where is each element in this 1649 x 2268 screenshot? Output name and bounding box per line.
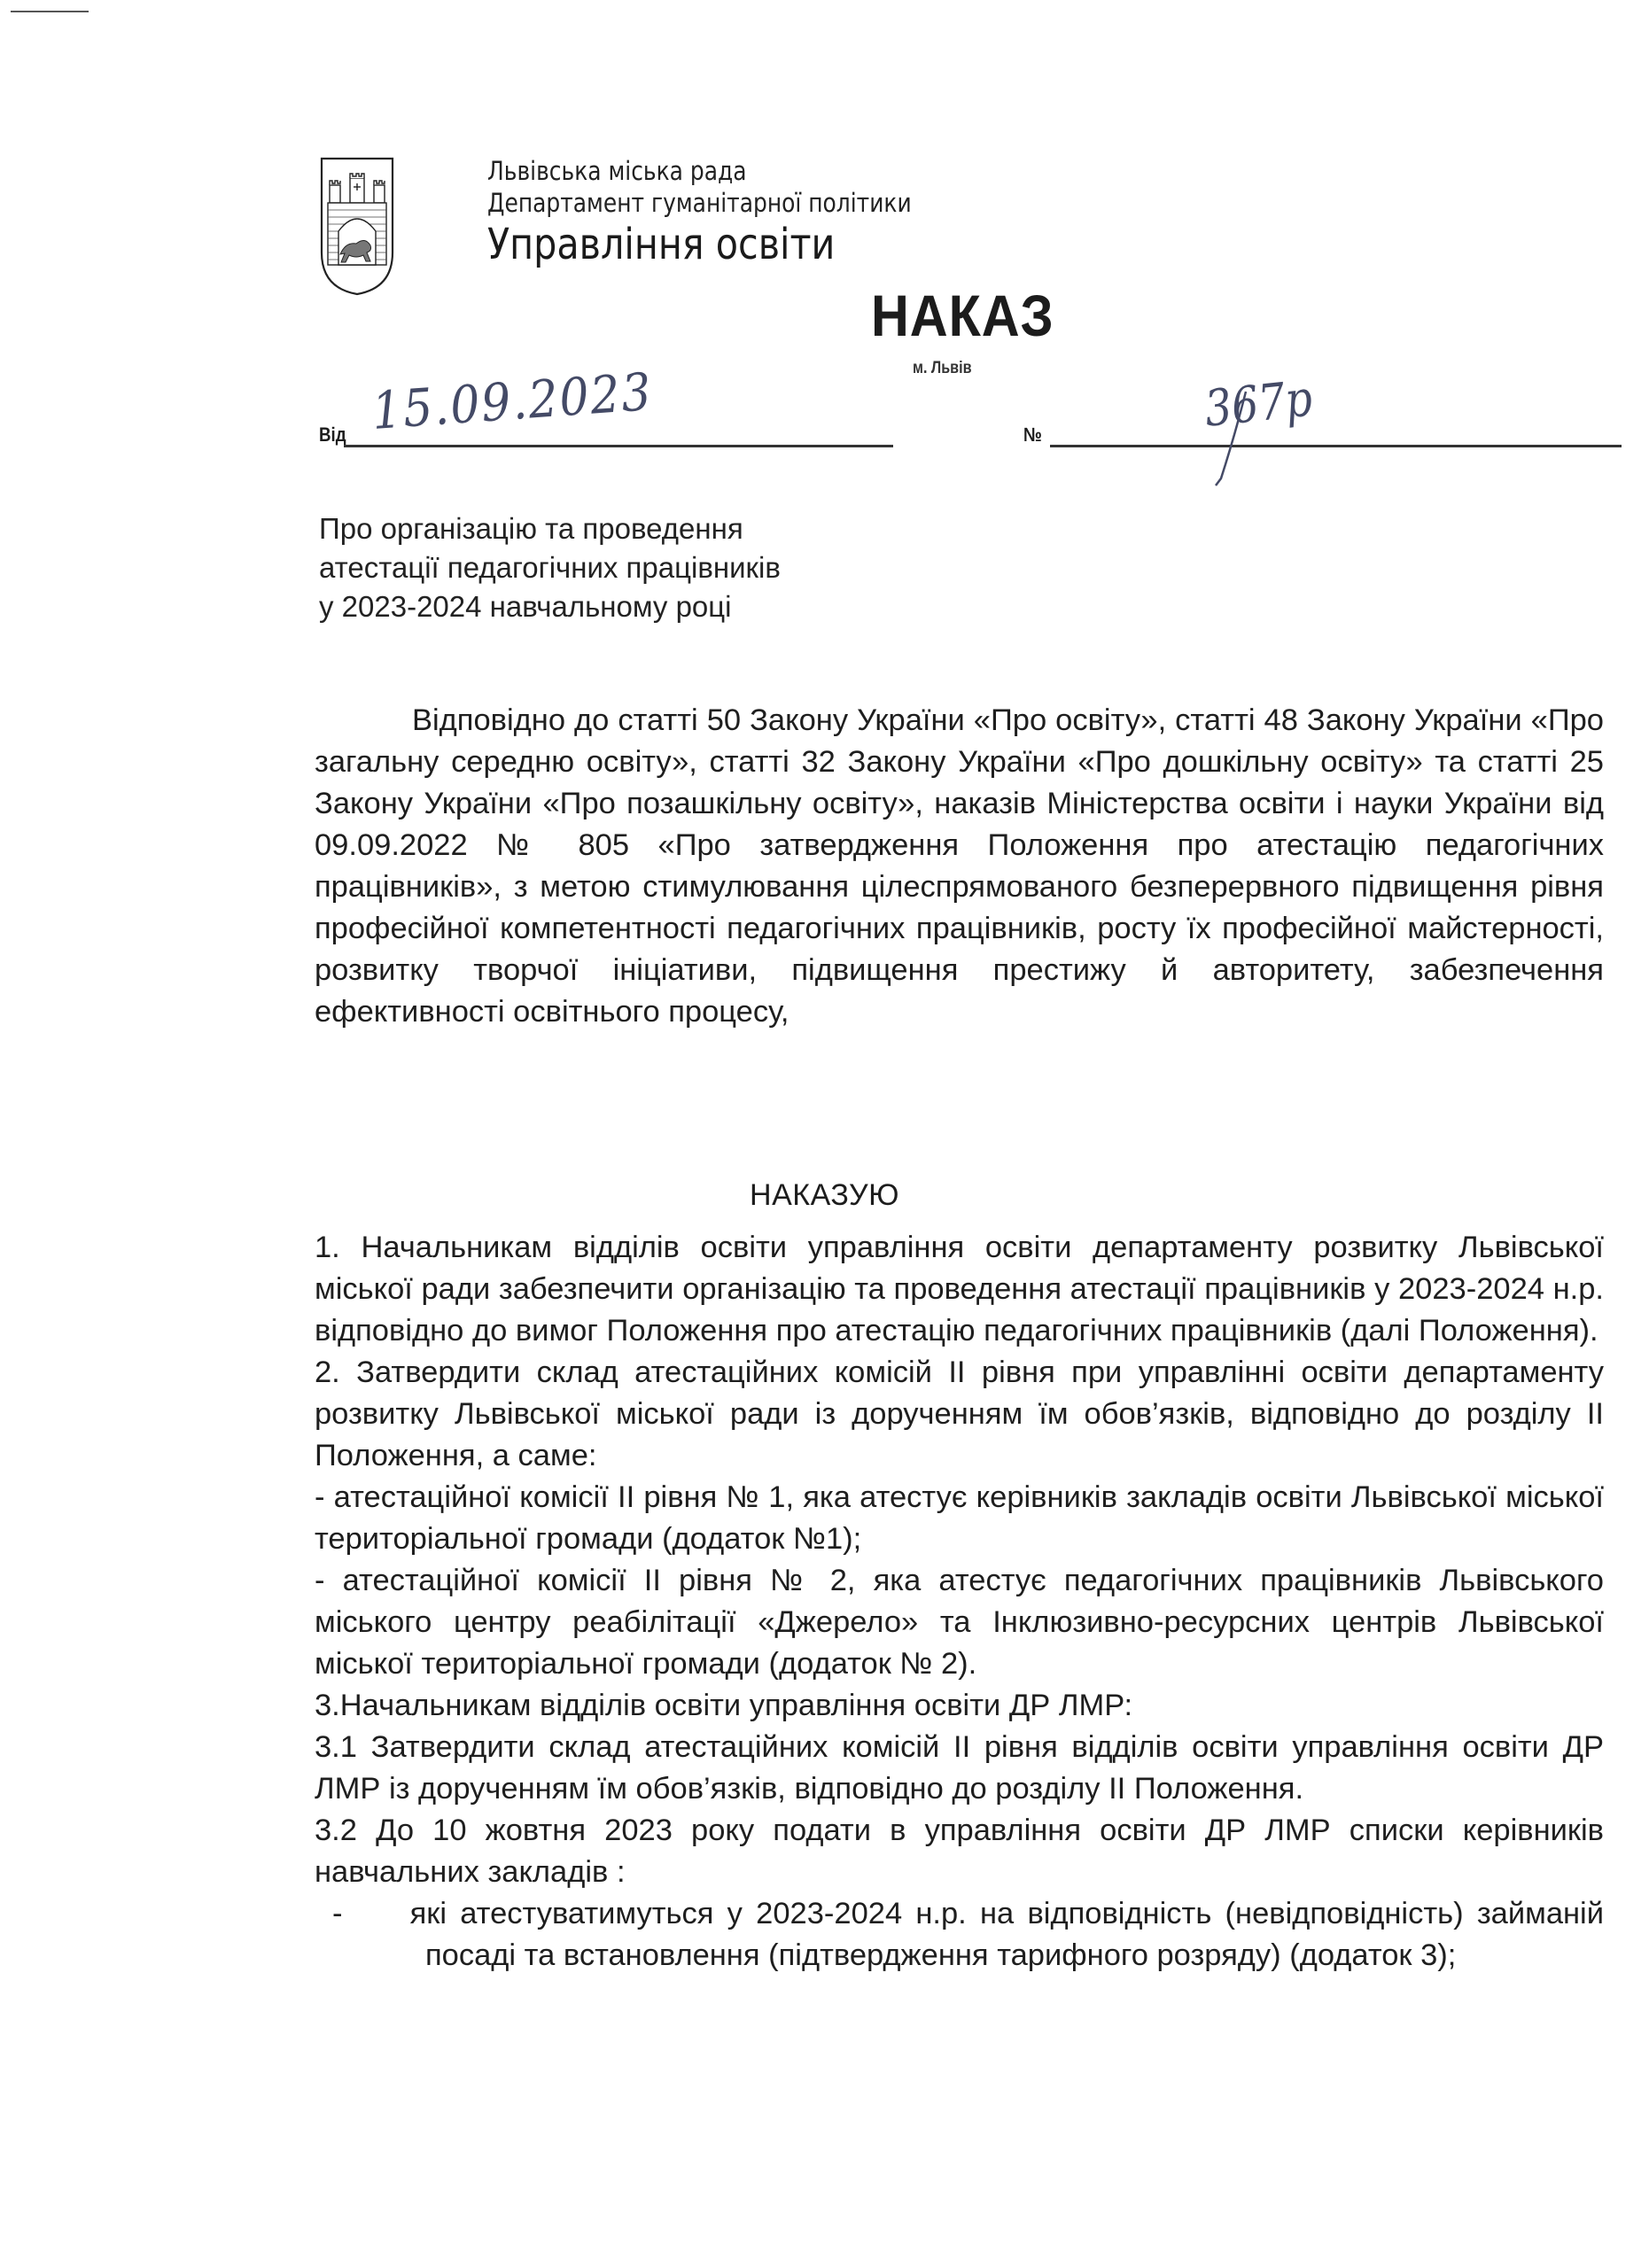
date-underline: [344, 445, 893, 447]
order-subject: Про організацію та проведення атестації …: [319, 509, 781, 626]
handwritten-date: 15.09.2023: [370, 361, 655, 441]
scan-edge-mark: [11, 11, 89, 12]
preamble-paragraph: Відповідно до статті 50 Закону України «…: [315, 700, 1604, 1033]
lviv-coat-of-arms-icon: [319, 155, 395, 297]
date-number-row: Від 15.09.2023 № 367р: [319, 390, 1622, 478]
order-item-2-commission-2: - атестаційної комісії ІІ рівня № 2, яка…: [315, 1560, 1604, 1685]
order-item-2-commission-1: - атестаційної комісії ІІ рівня № 1, яка…: [315, 1477, 1604, 1560]
order-item-1: 1. Начальникам відділів освіти управлінн…: [315, 1227, 1604, 1352]
council-name: Львівська міська рада: [487, 155, 912, 187]
handwriting-stroke: [1214, 390, 1249, 487]
order-item-3-2-bullet: - які атестуватимуться у 2023-2024 н.р. …: [315, 1893, 1604, 1977]
subject-line: у 2023-2024 навчальному році: [319, 587, 781, 626]
order-item-2: 2. Затвердити склад атестаційних комісій…: [315, 1352, 1604, 1477]
preamble-section: Відповідно до статті 50 Закону України «…: [315, 700, 1604, 1033]
number-label: №: [1023, 423, 1042, 447]
department-name: Департамент гуманітарної політики: [487, 187, 912, 219]
subject-line: Про організацію та проведення: [319, 509, 781, 548]
order-item-3: 3.Начальникам відділів освіти управління…: [315, 1685, 1604, 1727]
document-type-title: НАКАЗ: [871, 282, 1054, 349]
city-label: м. Львів: [913, 359, 972, 378]
order-item-3-1: 3.1 Затвердити склад атестаційних комісі…: [315, 1727, 1604, 1810]
order-item-3-2: 3.2 До 10 жовтня 2023 року подати в упра…: [315, 1810, 1604, 1893]
organization-block: Львівська міська рада Департамент гумані…: [487, 155, 981, 270]
subject-line: атестації педагогічних працівників: [319, 548, 781, 587]
order-heading: НАКАЗУЮ: [0, 1178, 1649, 1213]
number-underline: [1050, 445, 1622, 447]
order-items: 1. Начальникам відділів освіти управлінн…: [315, 1227, 1604, 1977]
date-label: Від: [319, 423, 346, 447]
office-name: Управління освіти: [487, 219, 912, 270]
